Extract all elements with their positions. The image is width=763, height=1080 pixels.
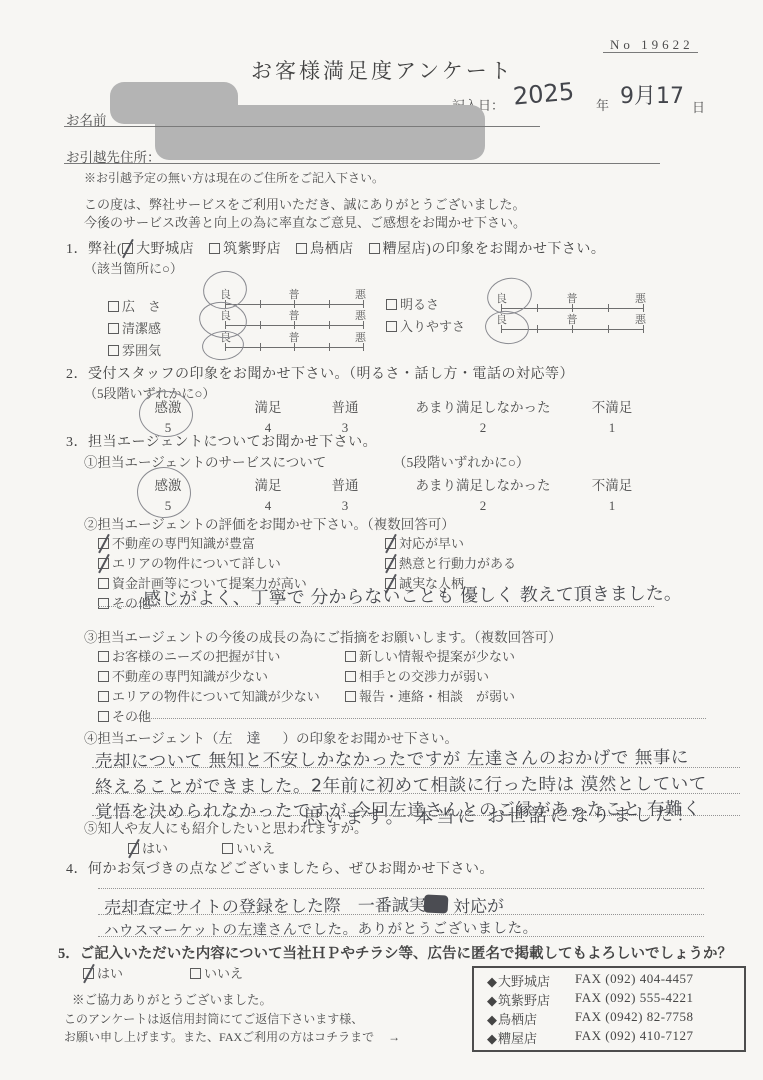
q3s2-left-1: エリアの物件について詳しい: [98, 553, 281, 572]
q3s2-left-0: 不動産の専門知識が豊富: [98, 533, 255, 552]
checkbox-funiki: [108, 345, 119, 356]
diamond-icon: ◆: [487, 1031, 497, 1046]
q5-heading: 5．ご記入いただいた内容について当社ＨＰやチラシ等、広告に匿名で掲載してもよろし…: [58, 942, 732, 963]
q1-item-label: 広 さ: [122, 299, 161, 314]
q3s4-comment-line-2: 終えることができました。2年前に初めて相談に行った時は 漠然としていて: [95, 770, 707, 798]
footer-note-line-2: お願い申し上げます。また、FAXご利用の方はコチラまで →: [64, 1028, 400, 1045]
checkbox: [98, 578, 109, 589]
q3s2-right-1: 熱意と行動力がある: [385, 553, 516, 572]
checkbox-yes: [128, 843, 139, 854]
fax-contact-box: ◆大野城店FAX (092) 404-4457 ◆筑紫野店FAX (092) 5…: [472, 966, 746, 1052]
q1-item-label: 雰囲気: [122, 343, 161, 358]
store-option-onojo: 大野城店: [122, 242, 194, 257]
q3s5-answer-handwriting: 思います。 本当に お世話になりました！: [303, 800, 697, 829]
checkbox-hirosa: [108, 301, 119, 312]
arrow-right-icon: →: [388, 1030, 400, 1044]
q3s3-left-2: エリアの物件について知識が少ない: [98, 686, 320, 705]
store-option-tosu: 鳥栖店: [296, 242, 354, 257]
q3s3-other: その他: [98, 706, 151, 725]
checkbox: [385, 558, 396, 569]
fax-number: FAX (092) 555-4221: [575, 990, 694, 1009]
checkbox-seiketsukan: [108, 323, 119, 334]
doc-number-label: No: [610, 37, 634, 52]
q1-heading-pre: 1．弊社(: [66, 242, 122, 257]
q5-no: いいえ: [190, 963, 243, 982]
q1-item-label: 入りやすさ: [400, 319, 465, 334]
diamond-icon: ◆: [487, 993, 497, 1008]
q3-s2-heading: ②担当エージェントの評価をお聞かせ下さい。（複数回答可）: [84, 513, 455, 533]
checkbox: [98, 558, 109, 569]
fax-store-name: 大野城店: [498, 974, 550, 989]
checkbox-store-chikushino: [209, 243, 220, 254]
checkbox-no: [190, 968, 201, 979]
fax-number: FAX (092) 410-7127: [575, 1028, 694, 1047]
q3s1-option-manzoku: 満足4: [255, 474, 282, 514]
q1-item-label: 清潔感: [122, 321, 161, 336]
q3s3-left-1: 不動産の専門知識が少ない: [98, 666, 268, 685]
q3s3-right-0: 新しい情報や提案が少ない: [345, 646, 515, 665]
scale-label-bad: 悪: [355, 329, 366, 345]
scale-funiki: 良 普 悪: [225, 329, 363, 351]
q3-s1-heading: ①担当エージェントのサービスについて: [84, 451, 326, 471]
footer-note-line-1: このアンケートは返信用封筒にてご返信下さいます様、: [64, 1010, 363, 1027]
store-label: 糟屋店: [383, 242, 427, 257]
doc-number-value: 19622: [641, 37, 694, 52]
q3-heading: 3．担当エージェントについてお聞かせ下さい。: [66, 431, 377, 451]
q1-item-funiki: 雰囲気: [108, 340, 161, 359]
q3s2-right-0: 対応が早い: [385, 533, 464, 552]
q3s5-no: いいえ: [222, 838, 275, 857]
store-label: 大野城店: [136, 242, 194, 257]
address-note: ※お引越予定の無い方は現在のご住所をご記入下さい。: [84, 169, 384, 186]
q3s3-left-0: お客様のニーズの把握が甘い: [98, 646, 280, 665]
agent-name-handwriting: 左 達: [218, 731, 260, 747]
date-monthday-handwriting: 9月17: [620, 79, 684, 110]
doc-number-underline: [603, 52, 698, 53]
date-day-unit: 日: [692, 97, 705, 116]
date-year-handwriting: 2025: [512, 77, 575, 110]
store-option-chikushino: 筑紫野店: [209, 242, 281, 257]
q3s1-option-futsu: 普通3: [332, 474, 359, 514]
date-year-unit: 年: [596, 95, 609, 114]
fax-number: FAX (092) 404-4457: [575, 971, 694, 990]
checkbox: [98, 711, 109, 722]
checkbox-yes: [83, 968, 94, 979]
q3-s3-heading: ③担当エージェントの今後の成長の為にご指摘をお願いします。（複数回答可）: [84, 626, 562, 646]
checkbox: [98, 598, 109, 609]
checkbox: [345, 671, 356, 682]
survey-scan-page: No 19622 お客様満足度アンケート 記入日： 2025 年 9月17 日 …: [0, 0, 763, 1080]
fax-store-name: 鳥栖店: [498, 1012, 537, 1027]
checkbox-no: [222, 843, 233, 854]
q2-option-fumanzoku: 不満足1: [592, 396, 633, 436]
q4-dotted-line-1: [98, 888, 704, 889]
q3s3-right-2: 報告・連絡・相談 が弱い: [345, 686, 515, 705]
checkbox-store-onojo: [122, 243, 133, 254]
q1-item-label: 明るさ: [400, 297, 439, 312]
q3s1-option-fumanzoku: 不満足1: [592, 474, 633, 514]
fax-store-name: 糟屋店: [498, 1031, 537, 1046]
q2-option-manzoku: 満足4: [255, 396, 282, 436]
q1-heading-post: )の印象をお聞かせ下さい。: [426, 242, 605, 257]
q3s1-option-amari: あまり満足しなかった2: [416, 474, 551, 514]
q3s3-right-1: 相手との交渉力が弱い: [345, 666, 489, 685]
checkbox-akarusa: [386, 299, 397, 310]
scale-label-bad: 悪: [355, 286, 366, 302]
checkbox-hairiyasusa: [386, 321, 397, 332]
q1-heading: 1．弊社(大野城店筑紫野店鳥栖店糟屋店)の印象をお聞かせ下さい。: [66, 238, 605, 258]
q2-heading: 2．受付スタッフの印象をお聞かせ下さい。（明るさ・話し方・電話の対応等）: [66, 363, 574, 383]
q5-yes: はい: [83, 963, 123, 982]
q3s3-other-dotted-line: [134, 718, 706, 719]
q1-item-akarusa: 明るさ: [386, 294, 439, 313]
q2-option-futsu: 普通3: [332, 396, 359, 436]
q3s2-other-dotted-line: [98, 606, 654, 607]
scale-label-bad: 悪: [355, 307, 366, 323]
q1-instruction: （該当箇所に○）: [84, 258, 183, 277]
checkbox-store-kasuya: [369, 243, 380, 254]
scribbled-out-word: [424, 894, 449, 913]
doc-number: No 19622: [610, 37, 694, 53]
checkbox: [98, 651, 109, 662]
address-underline: [64, 163, 660, 164]
checkbox: [345, 651, 356, 662]
checkbox-store-tosu: [296, 243, 307, 254]
checkbox: [98, 691, 109, 702]
q4-dotted-line-3: [98, 936, 704, 937]
q2-option-amari: あまり満足しなかった2: [416, 396, 551, 436]
q3s4-comment-line-1: 売却について 無知と不安しかなかったですが 左達さんのおかげで 無事に: [95, 744, 689, 773]
checkbox: [385, 538, 396, 549]
q1-item-hirosa: 広 さ: [108, 296, 161, 315]
footer-thanks: ※ご協力ありがとうございました。: [72, 990, 272, 1008]
fax-number: FAX (0942) 82-7758: [575, 1009, 694, 1028]
q3s4-dotted-line-1: [92, 767, 740, 768]
diamond-icon: ◆: [487, 974, 497, 989]
fax-row-kasuya: ◆糟屋店FAX (092) 410-7127: [487, 1028, 744, 1047]
q3s5-yes: はい: [128, 838, 168, 857]
q3s4-dotted-line-2: [92, 793, 740, 794]
fax-row-onojo: ◆大野城店FAX (092) 404-4457: [487, 971, 744, 990]
q4-dotted-line-2: [98, 914, 704, 915]
scale-label-bad: 悪: [635, 290, 646, 306]
q3-s4-heading: ④担当エージェント（左 達）の印象をお聞かせ下さい。: [84, 727, 458, 748]
diamond-icon: ◆: [487, 1012, 497, 1027]
fax-row-tosu: ◆鳥栖店FAX (0942) 82-7758: [487, 1009, 744, 1028]
scale-label-bad: 悪: [635, 311, 646, 327]
q4-heading: 4．何かお気づきの点などございましたら、ぜひお聞かせ下さい。: [66, 858, 494, 878]
fax-row-chikushino: ◆筑紫野店FAX (092) 555-4221: [487, 990, 744, 1009]
store-label: 筑紫野店: [223, 242, 281, 257]
q1-item-seiketsukan: 清潔感: [108, 318, 161, 337]
checkbox: [98, 671, 109, 682]
store-label: 鳥栖店: [310, 242, 354, 257]
checkbox: [98, 538, 109, 549]
store-option-kasuya: 糟屋店: [369, 242, 427, 257]
q1-item-hairiyasusa: 入りやすさ: [386, 316, 465, 335]
q3-s1-instruction: （5段階いずれかに○）: [393, 451, 529, 471]
redaction-address: [155, 105, 485, 160]
fax-store-name: 筑紫野店: [498, 993, 550, 1008]
greeting-line-1: この度は、弊社サービスをご利用いただき、誠にありがとうございました。: [84, 194, 525, 213]
checkbox: [345, 691, 356, 702]
name-underline: [64, 126, 540, 127]
greeting-line-2: 今後のサービス改善と向上の為に率直なご意見、ご感想をお聞かせ下さい。: [84, 212, 526, 231]
page-title: お客様満足度アンケート: [251, 55, 514, 85]
